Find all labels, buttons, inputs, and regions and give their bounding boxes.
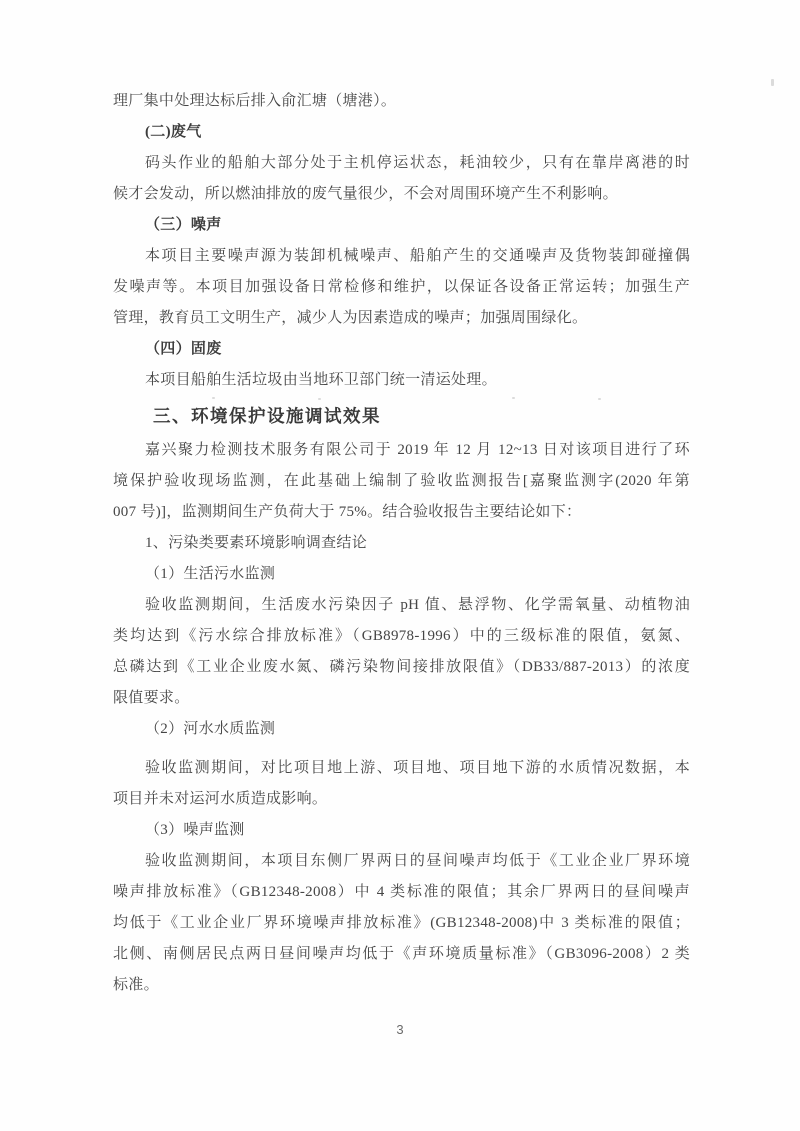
subheading-waste-gas: (二)废气 — [113, 117, 690, 148]
para-monitoring-line1: 嘉兴聚力检测技术服务有限公司于 2019 年 12 月 12~13 日对该项目进… — [113, 435, 690, 466]
para-noise-line3: 管理，教育员工文明生产，减少人为因素造成的噪声；加强周围绿化。 — [113, 303, 690, 334]
para-noise-mon-line5: 标准。 — [113, 970, 690, 1001]
item-noise-monitoring: （3）噪声监测 — [113, 815, 690, 846]
scan-speck — [212, 397, 215, 399]
para-waste-gas-line2: 候才会发动，所以燃油排放的废气量很少，不会对周围环境产生不利影响。 — [113, 179, 690, 210]
para-sewage-line1: 验收监测期间，生活废水污染因子 pH 值、悬浮物、化学需氧量、动植物油 — [113, 590, 690, 621]
document-page: 理厂集中处理达标后排入俞汇塘（塘港）。 (二)废气 码头作业的船舶大部分处于主机… — [0, 0, 800, 1131]
para-monitoring-line3: 007 号)]，监测期间生产负荷大于 75%。结合验收报告主要结论如下： — [113, 497, 690, 528]
scan-speck — [771, 79, 774, 86]
subheading-noise: （三）噪声 — [113, 210, 690, 241]
para-noise-mon-line2: 噪声排放标准》（GB12348-2008）中 4 类标准的限值；其余厂界两日的昼… — [113, 877, 690, 908]
para-noise-line2: 发噪声等。本项目加强设备日常检修和维护，以保证各设备正常运转；加强生产 — [113, 272, 690, 303]
para-monitoring-line2: 境保护验收现场监测，在此基础上编制了验收监测报告[嘉聚监测字(2020 年第 — [113, 466, 690, 497]
line-sewage-tail: 理厂集中处理达标后排入俞汇塘（塘港）。 — [113, 86, 690, 117]
page-body: 理厂集中处理达标后排入俞汇塘（塘港）。 (二)废气 码头作业的船舶大部分处于主机… — [113, 86, 690, 1001]
para-river-line2: 项目并未对运河水质造成影响。 — [113, 784, 690, 815]
para-sewage-line3: 总磷达到《工业企业废水氮、磷污染物间接排放限值》（DB33/887-2013）的… — [113, 652, 690, 683]
page-number: 3 — [0, 1016, 800, 1044]
para-noise-mon-line4: 北侧、南侧居民点两日昼间噪声均低于《声环境质量标准》（GB3096-2008）2… — [113, 939, 690, 970]
item-river-water-monitoring: （2）河水水质监测 — [113, 714, 690, 745]
para-sewage-line2: 类均达到《污水综合排放标准》（GB8978-1996）中的三级标准的限值，氨氮、 — [113, 621, 690, 652]
scan-speck — [512, 397, 515, 399]
para-river-line1: 验收监测期间，对比项目地上游、项目地、项目地下游的水质情况数据，本 — [113, 753, 690, 784]
item-pollution-conclusion: 1、污染类要素环境影响调查结论 — [113, 528, 690, 559]
section-heading-facilities: 三、环境保护设施调试效果 — [113, 396, 690, 435]
para-noise-line1: 本项目主要噪声源为装卸机械噪声、船舶产生的交通噪声及货物装卸碰撞偶 — [113, 241, 690, 272]
para-sewage-line4: 限值要求。 — [113, 683, 690, 714]
para-solid-waste: 本项目船舶生活垃圾由当地环卫部门统一清运处理。 — [113, 365, 690, 396]
scan-speck — [318, 398, 321, 400]
para-noise-mon-line3: 均低于《工业企业厂界环境噪声排放标准》(GB12348-2008)中 3 类标准… — [113, 908, 690, 939]
item-sewage-monitoring: （1）生活污水监测 — [113, 559, 690, 590]
subheading-solid-waste: （四）固废 — [113, 334, 690, 365]
para-noise-mon-line1: 验收监测期间，本项目东侧厂界两日的昼间噪声均低于《工业企业厂界环境 — [113, 846, 690, 877]
para-waste-gas-line1: 码头作业的船舶大部分处于主机停运状态，耗油较少，只有在靠岸离港的时 — [113, 148, 690, 179]
scan-speck — [598, 398, 601, 400]
